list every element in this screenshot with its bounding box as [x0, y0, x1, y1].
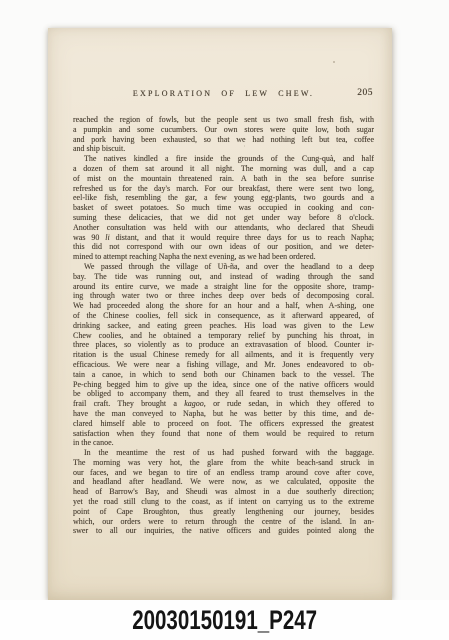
- text-line: In the meantime the rest of us had pushe…: [73, 448, 374, 458]
- paragraph: The natives kindled a fire inside the gr…: [73, 154, 374, 262]
- text-line: suming these delicacies, that we did not…: [73, 213, 374, 223]
- text-line: Pe-ching begged him to give up the idea,…: [73, 380, 374, 390]
- text-line: We had proceeded along the shore for an …: [73, 301, 374, 311]
- text-line: which, our orders were to return through…: [73, 517, 374, 527]
- text-line: tain a canoe, in which to send both our …: [73, 370, 374, 380]
- text-line: head of Barrow's Bay, and Sheudi was alm…: [73, 487, 374, 497]
- text-line: The morning was very hot, the glare from…: [73, 458, 374, 468]
- text-line: We passed through the village of Uñ-ña, …: [73, 262, 374, 272]
- text-line: of mist on the mountain threatened rain.…: [73, 174, 374, 184]
- running-head: EXPLORATION OF LEW CHEW. 205: [73, 89, 374, 101]
- text-line: Chew coolies, and he obtained a temporar…: [73, 331, 374, 341]
- text-line: Another consultation was held with our a…: [73, 223, 374, 233]
- text-line: of the Chinese coolies, fell sick in con…: [73, 311, 374, 321]
- text-line: have the man conveyed to Napha, but he w…: [73, 409, 374, 419]
- page-title: EXPLORATION OF LEW CHEW.: [73, 89, 374, 98]
- text-line: drinking sackee, and eating green peache…: [73, 321, 374, 331]
- text-line: a pumpkin and some cucumbers. Our own st…: [73, 125, 374, 135]
- text-line: satisfaction when they found that none o…: [73, 429, 374, 439]
- text-line: three places, so violently as to produce…: [73, 340, 374, 350]
- text-line: reached the region of fowls, but the peo…: [73, 115, 374, 125]
- text-line: this did not correspond with our own ide…: [73, 242, 374, 252]
- text-line: and ship biscuit.: [73, 144, 374, 154]
- text-line: in the canoe.: [73, 438, 374, 448]
- book-page: EXPLORATION OF LEW CHEW. 205 reached the…: [48, 28, 392, 600]
- text-line: mined to attempt reaching Napha the next…: [73, 252, 374, 262]
- archival-id-label: 20030150191_P247: [132, 604, 317, 636]
- page-text: reached the region of fowls, but the peo…: [73, 115, 374, 536]
- text-line: basket of sweet potatoes. So much time w…: [73, 203, 374, 213]
- text-line: be obliged to accompany them, and they a…: [73, 389, 374, 399]
- text-line: around its entire curve, we made a strai…: [73, 282, 374, 292]
- text-line: was 90 li distant, and that it would req…: [73, 233, 374, 243]
- text-line: eel-like fish, resembling the gar, a few…: [73, 193, 374, 203]
- text-line: ritation is the usual Chinese remedy for…: [73, 350, 374, 360]
- text-line: and headland after headland. We were now…: [73, 477, 374, 487]
- text-line: The natives kindled a fire inside the gr…: [73, 154, 374, 164]
- text-line: ing through water two or three inches de…: [73, 291, 374, 301]
- page-number: 205: [357, 88, 373, 98]
- scan-canvas: EXPLORATION OF LEW CHEW. 205 reached the…: [0, 0, 449, 640]
- text-line: a dozen of them sat around it all night.…: [73, 164, 374, 174]
- text-line: clared himself able to proceed on foot. …: [73, 419, 374, 429]
- text-line: bay. The tide was running out, and inste…: [73, 272, 374, 282]
- text-line: our faces, and we began to tire of an en…: [73, 468, 374, 478]
- text-line: refreshed us for the day's march. For ou…: [73, 184, 374, 194]
- paragraph: reached the region of fowls, but the peo…: [73, 115, 374, 154]
- paragraph: In the meantime the rest of us had pushe…: [73, 448, 374, 536]
- text-line: efficacious. We were near a fishing vill…: [73, 360, 374, 370]
- text-line: swer to all our inquiries, the native of…: [73, 526, 374, 536]
- text-line: and pork having been exhausted, so that …: [73, 135, 374, 145]
- paragraph: We passed through the village of Uñ-ña, …: [73, 262, 374, 448]
- ink-speck: [333, 61, 335, 63]
- text-line: point of Cape Broughton, thus greatly le…: [73, 507, 374, 517]
- label-strip: 20030150191_P247: [0, 600, 449, 640]
- text-line: frail craft. They brought a kagoo, or ru…: [73, 399, 374, 409]
- text-line: yet the road still clung to the coast, a…: [73, 497, 374, 507]
